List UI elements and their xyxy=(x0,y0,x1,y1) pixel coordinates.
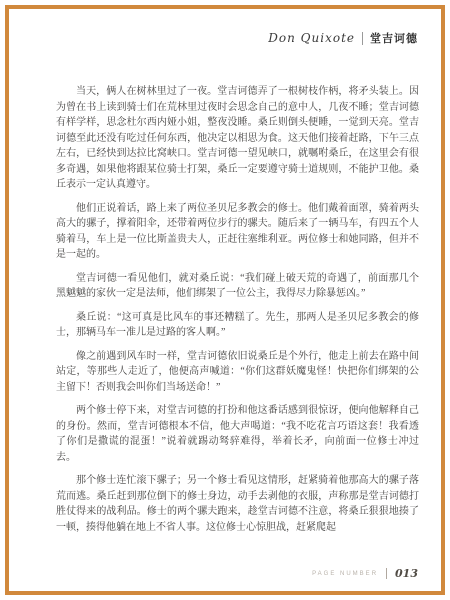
page-number: 013 xyxy=(395,567,418,580)
book-title-english: Don Quixote xyxy=(268,31,355,45)
paragraph: 他们正说着话，路上来了两位圣贝尼多教会的修士。他们戴着面罩，骑着两头高大的骡子，… xyxy=(56,201,419,263)
book-page: Don Quixote 堂吉诃德 当天，俩人在树林里过了一夜。堂吉诃德弄了一根树… xyxy=(0,0,450,600)
paragraph: 像之前遇到风车时一样，堂吉诃德依旧说桑丘是个外行，他走上前去在路中间站定，等那些… xyxy=(56,349,419,396)
paragraph: 两个修士停下来，对堂吉诃德的打扮和他这番话感到很惊讶，便向他解释自己的身份。然而… xyxy=(56,403,419,465)
paragraph: 当天，俩人在树林里过了一夜。堂吉诃德弄了一根树枝作柄，将矛头装上。因为曾在书上读… xyxy=(56,84,419,193)
paragraph: 桑丘说：“这可真是比风车的事还糟糕了。先生，那两人是圣贝尼多教会的修士，那辆马车… xyxy=(56,310,419,341)
paragraph: 那个修士连忙滚下骡子；另一个修士看见这情形，赶紧骑着他那高大的骡子落荒而逃。桑丘… xyxy=(56,473,419,535)
page-footer: PAGE NUMBER 013 xyxy=(312,567,418,580)
header-divider xyxy=(362,32,363,45)
page-header: Don Quixote 堂吉诃德 xyxy=(268,30,418,46)
paragraph: 堂吉诃德一看见他们，就对桑丘说：“我们碰上破天荒的奇遇了，前面那几个黑魆魆的家伙… xyxy=(56,271,419,302)
body-text: 当天，俩人在树林里过了一夜。堂吉诃德弄了一根树枝作柄，将矛头装上。因为曾在书上读… xyxy=(56,84,419,543)
book-title-chinese: 堂吉诃德 xyxy=(370,30,418,46)
footer-divider xyxy=(386,568,387,579)
page-number-label: PAGE NUMBER xyxy=(312,571,378,577)
